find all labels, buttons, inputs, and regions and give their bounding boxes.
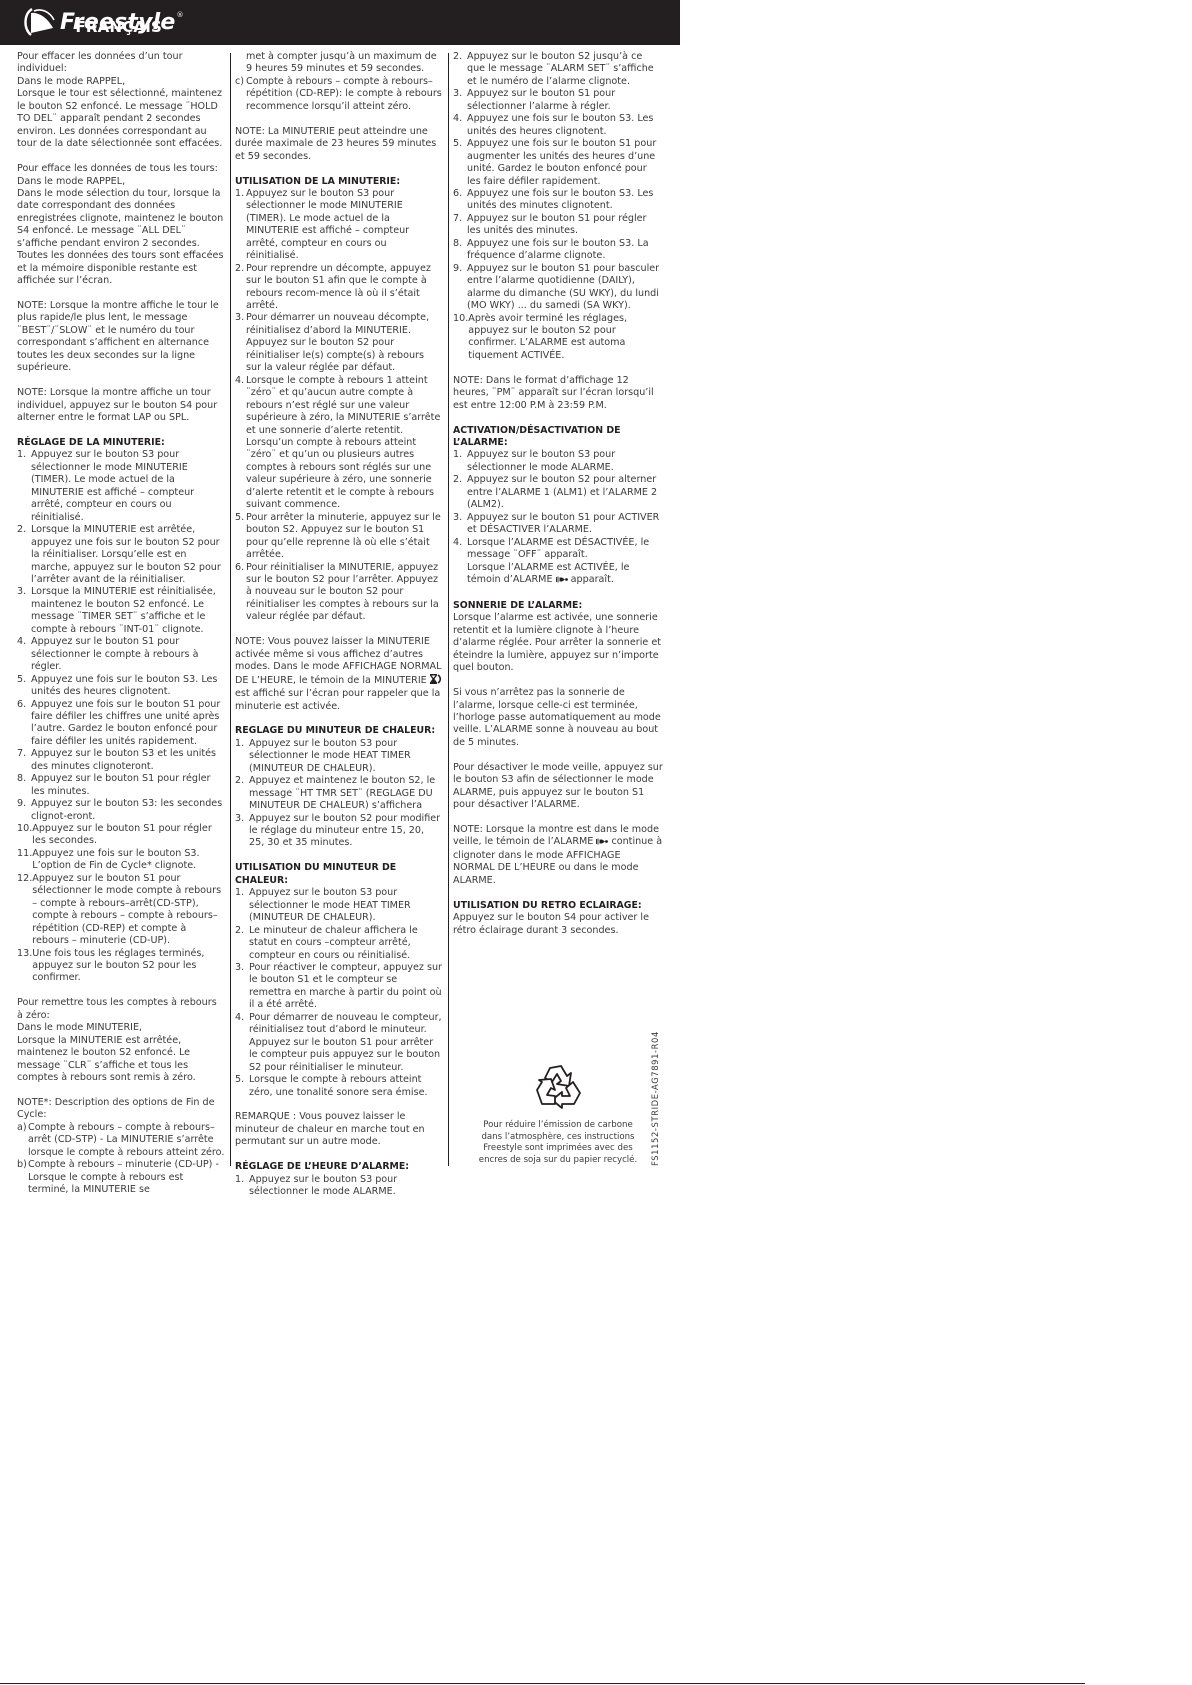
list-item: 6.Appuyez une fois sur le bouton S1 pour… bbox=[17, 699, 225, 749]
list-item: 3.Lorsque la MINUTERIE est réinitialisée… bbox=[17, 586, 225, 636]
alarm-bell-icon bbox=[596, 837, 608, 849]
list-item: 2.Pour reprendre un décompte, appuyez su… bbox=[235, 263, 442, 313]
list-item: 3.Pour démarrer un nouveau décompte, réi… bbox=[235, 312, 442, 374]
list-item: 3.Appuyez sur le bouton S1 pour sélectio… bbox=[453, 88, 663, 113]
section-heading: UTILISATION DE LA MINUTERIE: bbox=[235, 176, 442, 188]
list-item: 5.Appuyez une fois sur le bouton S1 pour… bbox=[453, 138, 663, 188]
end-cycle-options: a)Compte à rebours – compte à rebours–ar… bbox=[17, 1122, 225, 1197]
list-item: 6.Pour réinitialiser la MINUTERIE, appuy… bbox=[235, 562, 442, 624]
list-item: 10.Appuyez sur le bouton S1 pour régler … bbox=[17, 823, 225, 848]
list-item: 1.Appuyez sur le bouton S3 pour sélectio… bbox=[235, 738, 442, 775]
list-item: 9.Appuyez sur le bouton S1 pour basculer… bbox=[453, 263, 663, 313]
list-item: 2.Appuyez et maintenez le bouton S2, le … bbox=[235, 775, 442, 812]
column-2: met à compter jusqu’à un maximum de 9 he… bbox=[235, 51, 442, 1211]
list-item: 2.Appuyez sur le bouton S2 jusqu’à ce qu… bbox=[453, 51, 663, 88]
list-item: a)Compte à rebours – compte à rebours–ar… bbox=[17, 1122, 225, 1159]
paragraph-snooze: Si vous n’arrêtez pas la sonnerie de l’a… bbox=[453, 687, 663, 749]
list-item: 4.Appuyez une fois sur le bouton S3. Les… bbox=[453, 113, 663, 138]
note-12h-format: NOTE: Dans le format d’affichage 12 heur… bbox=[453, 375, 663, 412]
bottom-rule bbox=[0, 1683, 1085, 1684]
list-item: c)Compte à rebours – compte à rebours–ré… bbox=[235, 76, 442, 113]
timer-setting-steps: 1.Appuyez sur le bouton S3 pour sélectio… bbox=[17, 449, 225, 984]
list-item: 5.Appuyez une fois sur le bouton S3. Les… bbox=[17, 674, 225, 699]
option-b-continued: met à compter jusqu’à un maximum de 9 he… bbox=[235, 51, 442, 76]
freestyle-wave-logo-icon bbox=[22, 6, 56, 38]
section-heading: UTILISATION DU RETRO ECLAIRAGE: bbox=[453, 900, 663, 912]
timer-usage-steps: 1.Appuyez sur le bouton S3 pour sélectio… bbox=[235, 188, 442, 624]
hourglass-timer-icon bbox=[430, 674, 441, 688]
section-heading: RÉGLAGE DE L’HEURE D’ALARME: bbox=[235, 1161, 442, 1173]
paragraph-disable-snooze: Pour désactiver le mode veille, appuyez … bbox=[453, 762, 663, 812]
list-item: 5.Lorsque le compte à rebours atteint zé… bbox=[235, 1074, 442, 1099]
note-timer-active: NOTE: Vous pouvez laisser la MINUTERIE a… bbox=[235, 636, 442, 713]
column-3: 2.Appuyez sur le bouton S2 jusqu’à ce qu… bbox=[453, 51, 663, 950]
list-item: 4.Pour démarrer de nouveau le compteur, … bbox=[235, 1012, 442, 1074]
list-item: 4.Lorsque l’ALARME est DÉSACTIVÉE, le me… bbox=[453, 537, 663, 588]
note-lap-spl: NOTE: Lorsque la montre affiche un tour … bbox=[17, 387, 225, 424]
section-heading: ACTIVATION/DÉSACTIVATION DE L’ALARME: bbox=[453, 425, 663, 450]
remark-heat-timer: REMARQUE : Vous pouvez laisser le minute… bbox=[235, 1111, 442, 1148]
heat-timer-usage-steps: 1.Appuyez sur le bouton S3 pour sélectio… bbox=[235, 887, 442, 1099]
section-heading: REGLAGE DU MINUTEUR DE CHALEUR: bbox=[235, 725, 442, 737]
paragraph-reset-countdowns: Pour remettre tous les comptes à rebours… bbox=[17, 997, 225, 1084]
header-bar: Freestyle® FRANÇAIS bbox=[0, 0, 680, 45]
list-item: 12.Appuyez sur le bouton S1 pour sélecti… bbox=[17, 873, 225, 948]
paragraph-delete-single-lap: Pour effacer les données d’un tour indiv… bbox=[17, 51, 225, 151]
list-item: 7.Appuyez sur le bouton S3 et les unités… bbox=[17, 748, 225, 773]
paragraph-backlight: Appuyez sur le bouton S4 pour activer le… bbox=[453, 912, 663, 937]
list-item: 5.Pour arrêter la minuterie, appuyez sur… bbox=[235, 512, 442, 562]
list-item: 1.Appuyez sur le bouton S3 pour sélectio… bbox=[235, 887, 442, 924]
section-heading: UTILISATION DU MINUTEUR DE CHALEUR: bbox=[235, 862, 442, 887]
alarm-bell-icon bbox=[556, 575, 568, 587]
list-item: b)Compte à rebours – minuterie (CD-UP) -… bbox=[17, 1159, 225, 1196]
note-snooze-indicator: NOTE: Lorsque la montre est dans le mode… bbox=[453, 824, 663, 887]
list-item: 1.Appuyez sur le bouton S3 pour sélectio… bbox=[235, 1174, 442, 1199]
list-item: 11.Appuyez une fois sur le bouton S3. L’… bbox=[17, 848, 225, 873]
list-item: 2.Le minuteur de chaleur affichera le st… bbox=[235, 925, 442, 962]
section-heading: SONNERIE DE L’ALARME: bbox=[453, 600, 663, 612]
list-item: 3.Appuyez sur le bouton S2 pour modifier… bbox=[235, 813, 442, 850]
column-1: Pour effacer les données d’un tour indiv… bbox=[17, 51, 225, 1209]
list-item: 3.Appuyez sur le bouton S1 pour ACTIVER … bbox=[453, 512, 663, 537]
column-divider bbox=[230, 53, 231, 1166]
column-divider bbox=[448, 53, 449, 1166]
alarm-setting-steps: 1.Appuyez sur le bouton S3 pour sélectio… bbox=[235, 1174, 442, 1199]
alarm-setting-steps-cont: 2.Appuyez sur le bouton S2 jusqu’à ce qu… bbox=[453, 51, 663, 362]
note-end-cycle-intro: NOTE*: Description des options de Fin de… bbox=[17, 1097, 225, 1122]
list-item: 4.Appuyez sur le bouton S1 pour sélectio… bbox=[17, 636, 225, 673]
list-item: 10.Après avoir terminé les réglages, app… bbox=[453, 313, 663, 363]
paragraph-delete-all-laps: Pour efface les données de tous les tour… bbox=[17, 163, 225, 288]
alarm-activation-steps: 1.Appuyez sur le bouton S3 pour sélectio… bbox=[453, 449, 663, 587]
section-heading: RÉGLAGE DE LA MINUTERIE: bbox=[17, 437, 225, 449]
document-code: FS1152-STRIDE-AG7891-R04 bbox=[650, 1031, 660, 1166]
list-item: 8.Appuyez une fois sur le bouton S3. La … bbox=[453, 238, 663, 263]
list-item: 4.Lorsque le compte à rebours 1 atteint … bbox=[235, 375, 442, 512]
language-label: FRANÇAIS bbox=[75, 18, 162, 36]
list-item: 1.Appuyez sur le bouton S3 pour sélectio… bbox=[235, 188, 442, 263]
list-item: 9.Appuyez sur le bouton S3: les secondes… bbox=[17, 798, 225, 823]
list-item: 2.Appuyez sur le bouton S2 pour alterner… bbox=[453, 474, 663, 511]
paragraph-alarm-ring: Lorsque l’alarme est activée, une sonner… bbox=[453, 612, 663, 674]
list-item: 1.Appuyez sur le bouton S3 pour sélectio… bbox=[17, 449, 225, 524]
list-item: 1.Appuyez sur le bouton S3 pour sélectio… bbox=[453, 449, 663, 474]
eco-notice: Pour réduire l’émission de carbone dans … bbox=[478, 1060, 638, 1166]
list-item: 8.Appuyez sur le bouton S1 pour régler l… bbox=[17, 773, 225, 798]
list-item: 2.Lorsque la MINUTERIE est arrêtée, appu… bbox=[17, 524, 225, 586]
heat-timer-setting-steps: 1.Appuyez sur le bouton S3 pour sélectio… bbox=[235, 738, 442, 850]
recycle-icon bbox=[478, 1060, 638, 1114]
list-item: 6.Appuyez une fois sur le bouton S3. Les… bbox=[453, 188, 663, 213]
eco-text: Pour réduire l’émission de carbone dans … bbox=[478, 1120, 638, 1166]
list-item: 13.Une fois tous les réglages terminés, … bbox=[17, 948, 225, 985]
list-item: 7.Appuyez sur le bouton S1 pour régler l… bbox=[453, 213, 663, 238]
note-best-slow: NOTE: Lorsque la montre affiche le tour … bbox=[17, 300, 225, 375]
list-item: 3.Pour réactiver le compteur, appuyez su… bbox=[235, 962, 442, 1012]
note-max-duration: NOTE: La MINUTERIE peut atteindre une du… bbox=[235, 126, 442, 163]
end-cycle-options-cont: c)Compte à rebours – compte à rebours–ré… bbox=[235, 76, 442, 113]
